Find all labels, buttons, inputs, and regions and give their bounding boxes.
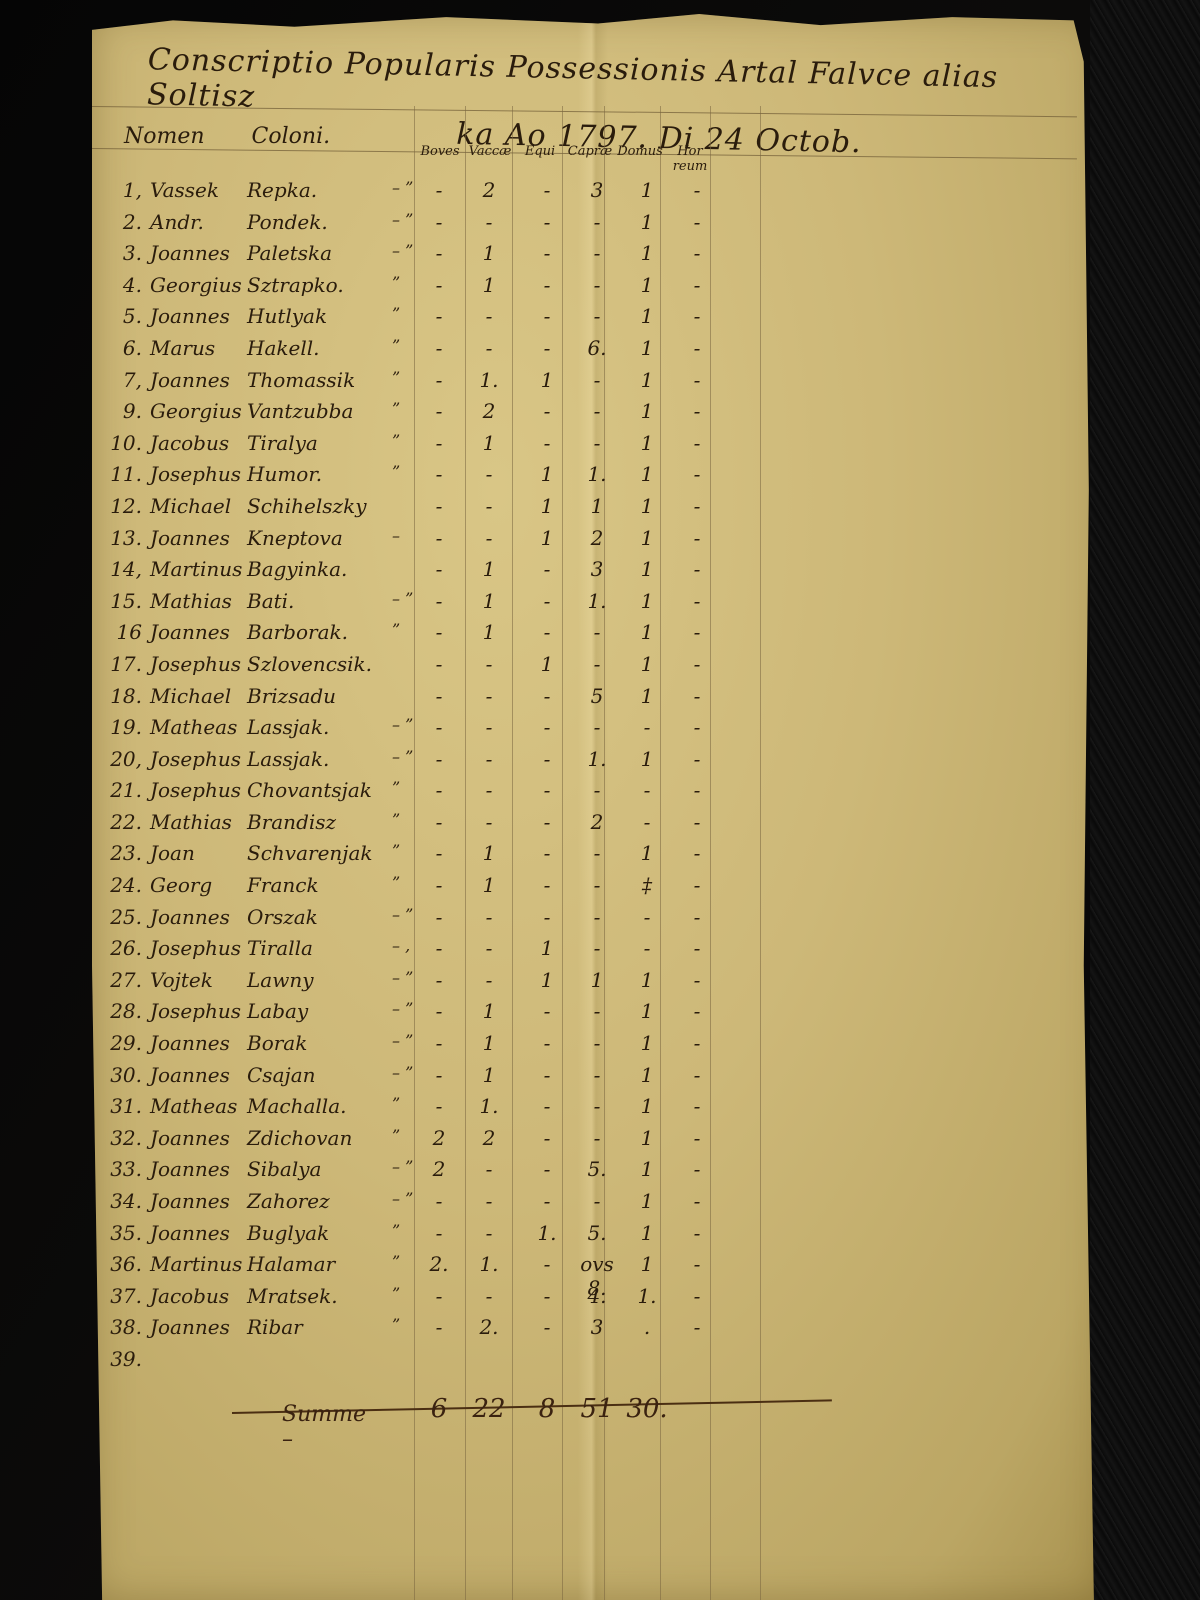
cell-vaccae: 1 bbox=[464, 620, 514, 644]
table-row: 3.JoannesPaletska– ”-1--1- bbox=[102, 241, 802, 273]
cell-boves: - bbox=[414, 1094, 464, 1118]
first-name: Joannes bbox=[150, 1221, 230, 1245]
first-name: Josephus bbox=[150, 936, 241, 960]
first-name: Matheas bbox=[150, 715, 237, 739]
cell-equi: - bbox=[522, 620, 572, 644]
cell-boves: - bbox=[414, 1284, 464, 1308]
cell-boves: - bbox=[414, 999, 464, 1023]
surname: Csajan bbox=[247, 1063, 316, 1087]
cell-boves: - bbox=[414, 684, 464, 708]
cell-equi: - bbox=[522, 747, 572, 771]
table-row: 34.JoannesZahorez– ”----1- bbox=[102, 1189, 802, 1221]
header-coloni: Coloni. bbox=[252, 124, 331, 149]
cell-vaccae: 2 bbox=[464, 399, 514, 423]
surname: Bagyinka. bbox=[247, 557, 347, 581]
surname: Schihelszky bbox=[247, 494, 367, 518]
surname: Sztrapko. bbox=[247, 273, 344, 297]
cell-boves: 2. bbox=[414, 1252, 464, 1276]
first-name: Michael bbox=[150, 494, 231, 518]
cell-caprae: - bbox=[572, 715, 622, 739]
cell-equi: - bbox=[522, 210, 572, 234]
cell-vaccae: 1 bbox=[464, 1063, 514, 1087]
cell-vaccae: - bbox=[464, 778, 514, 802]
table-row: 22.MathiasBrandisz”---2-- bbox=[102, 810, 802, 842]
title-line-1: Conscriptio Popularis Possessionis Artal… bbox=[147, 42, 999, 114]
cell-domus: 1 bbox=[622, 652, 672, 676]
surname: Halamar bbox=[247, 1252, 335, 1276]
cell-equi: - bbox=[522, 810, 572, 834]
cell-domus: 1 bbox=[622, 1157, 672, 1181]
cell-boves: - bbox=[414, 620, 464, 644]
table-row: 38.JoannesRibar”-2.-3.- bbox=[102, 1315, 802, 1347]
census-table: 1,VassekRepka.– ”-2-31-2.Andr.Pondek.– ”… bbox=[102, 178, 802, 1379]
cell-vaccae: 1 bbox=[464, 557, 514, 581]
cell-caprae: 5 bbox=[572, 684, 622, 708]
cell-vaccae: - bbox=[464, 304, 514, 328]
cell-domus: - bbox=[622, 905, 672, 929]
surname: Hutlyak bbox=[247, 304, 327, 328]
table-row: 13.JoannesKneptova–--121- bbox=[102, 526, 802, 558]
surname: Tiralla bbox=[247, 936, 313, 960]
ditto-mark: ” bbox=[392, 1315, 400, 1334]
row-number: 15. bbox=[102, 589, 142, 613]
first-name: Josephus bbox=[150, 778, 241, 802]
row-number: 25. bbox=[102, 905, 142, 929]
cell-horreum: - bbox=[672, 399, 722, 423]
row-number: 9. bbox=[102, 399, 142, 423]
cell-vaccae: - bbox=[464, 1157, 514, 1181]
ditto-mark: – ” bbox=[392, 968, 413, 987]
cell-horreum: - bbox=[672, 494, 722, 518]
first-name: Joannes bbox=[150, 241, 230, 265]
surname: Zahorez bbox=[247, 1189, 330, 1213]
cell-domus: 1 bbox=[622, 336, 672, 360]
cell-boves: - bbox=[414, 526, 464, 550]
summe-caprae: 51 bbox=[572, 1394, 622, 1424]
cell-caprae: 5. bbox=[572, 1221, 622, 1245]
cell-domus: 1 bbox=[622, 1031, 672, 1055]
cell-domus: 1 bbox=[622, 431, 672, 455]
first-name: Joannes bbox=[150, 304, 230, 328]
cell-equi: - bbox=[522, 1063, 572, 1087]
ditto-mark: – ” bbox=[392, 210, 413, 229]
cell-equi: - bbox=[522, 1157, 572, 1181]
cell-domus: 1 bbox=[622, 494, 672, 518]
cell-horreum: - bbox=[672, 1031, 722, 1055]
row-number: 30. bbox=[102, 1063, 142, 1087]
cell-boves: - bbox=[414, 178, 464, 202]
cell-horreum: - bbox=[672, 589, 722, 613]
cell-equi: 1 bbox=[522, 526, 572, 550]
cell-horreum: - bbox=[672, 210, 722, 234]
cell-horreum: - bbox=[672, 936, 722, 960]
cell-caprae: 4. bbox=[572, 1284, 622, 1308]
cell-equi: - bbox=[522, 431, 572, 455]
surname: Ribar bbox=[247, 1315, 303, 1339]
cell-caprae: 2 bbox=[572, 810, 622, 834]
first-name: Joannes bbox=[150, 620, 230, 644]
cell-horreum: - bbox=[672, 1126, 722, 1150]
cell-boves: - bbox=[414, 968, 464, 992]
cell-vaccae: 1 bbox=[464, 841, 514, 865]
cell-horreum: - bbox=[672, 905, 722, 929]
surname: Humor. bbox=[247, 462, 322, 486]
table-row: 10.JacobusTiralya”-1--1- bbox=[102, 431, 802, 463]
ditto-mark: – ” bbox=[392, 241, 413, 260]
cell-domus: 1 bbox=[622, 1094, 672, 1118]
cell-domus: 1 bbox=[622, 557, 672, 581]
summe-boves: 6 bbox=[414, 1394, 464, 1424]
cell-equi: - bbox=[522, 336, 572, 360]
cell-equi: - bbox=[522, 589, 572, 613]
first-name: Jacobus bbox=[150, 1284, 229, 1308]
cell-horreum: - bbox=[672, 1221, 722, 1245]
row-number: 22. bbox=[102, 810, 142, 834]
surname: Buglyak bbox=[247, 1221, 329, 1245]
cell-caprae: - bbox=[572, 620, 622, 644]
surname: Borak bbox=[247, 1031, 307, 1055]
cell-horreum: - bbox=[672, 1094, 722, 1118]
row-number: 39. bbox=[102, 1347, 142, 1371]
first-name: Josephus bbox=[150, 747, 241, 771]
first-name: Josephus bbox=[150, 999, 241, 1023]
cell-domus: ‡ bbox=[622, 873, 672, 897]
cell-vaccae: - bbox=[464, 526, 514, 550]
surname: Hakell. bbox=[247, 336, 319, 360]
cell-equi: 1. bbox=[522, 1221, 572, 1245]
cell-caprae: - bbox=[572, 1063, 622, 1087]
first-name: Joan bbox=[150, 841, 195, 865]
first-name: Joannes bbox=[150, 1315, 230, 1339]
cell-horreum: - bbox=[672, 1157, 722, 1181]
summe-label: Summe – bbox=[282, 1402, 366, 1452]
cell-vaccae: 1 bbox=[464, 431, 514, 455]
first-name: Joannes bbox=[150, 1189, 230, 1213]
cell-vaccae: - bbox=[464, 1284, 514, 1308]
cell-domus: 1 bbox=[622, 968, 672, 992]
surname: Pondek. bbox=[247, 210, 328, 234]
ditto-mark: – ” bbox=[392, 999, 413, 1018]
row-number: 16 bbox=[102, 620, 142, 644]
cell-vaccae: 1. bbox=[464, 368, 514, 392]
first-name: Georgius bbox=[150, 399, 242, 423]
row-number: 32. bbox=[102, 1126, 142, 1150]
cell-equi: 1 bbox=[522, 936, 572, 960]
cell-equi: - bbox=[522, 905, 572, 929]
cell-boves: 2 bbox=[414, 1157, 464, 1181]
cell-caprae: - bbox=[572, 841, 622, 865]
cell-caprae: - bbox=[572, 273, 622, 297]
table-row: 28.JosephusLabay– ”-1--1- bbox=[102, 999, 802, 1031]
surname: Thomassik bbox=[247, 368, 355, 392]
cell-boves: - bbox=[414, 873, 464, 897]
cell-vaccae: - bbox=[464, 336, 514, 360]
first-name: Joannes bbox=[150, 905, 230, 929]
table-row: 29.JoannesBorak– ”-1--1- bbox=[102, 1031, 802, 1063]
surname: Sibalya bbox=[247, 1157, 321, 1181]
cell-vaccae: - bbox=[464, 210, 514, 234]
surname: Szlovencsik. bbox=[247, 652, 372, 676]
table-row: 11.JosephusHumor.”--11.1- bbox=[102, 462, 802, 494]
ditto-mark: ” bbox=[392, 304, 400, 323]
cell-boves: - bbox=[414, 1221, 464, 1245]
cell-horreum: - bbox=[672, 968, 722, 992]
cell-caprae: - bbox=[572, 1031, 622, 1055]
ditto-mark: ” bbox=[392, 462, 400, 481]
ditto-mark: – ” bbox=[392, 1031, 413, 1050]
cell-caprae: 3 bbox=[572, 557, 622, 581]
cell-boves: - bbox=[414, 905, 464, 929]
cell-domus: 1 bbox=[622, 399, 672, 423]
cell-caprae: - bbox=[572, 1126, 622, 1150]
surname: Mratsek. bbox=[247, 1284, 338, 1308]
ditto-mark: ” bbox=[392, 399, 400, 418]
table-row: 14,MartinusBagyinka.-1-31- bbox=[102, 557, 802, 589]
cell-vaccae: 2 bbox=[464, 1126, 514, 1150]
cell-vaccae: 1. bbox=[464, 1094, 514, 1118]
cell-horreum: - bbox=[672, 1315, 722, 1339]
cell-boves: - bbox=[414, 241, 464, 265]
row-number: 24. bbox=[102, 873, 142, 897]
ditto-mark: ” bbox=[392, 778, 400, 797]
cell-horreum: - bbox=[672, 1284, 722, 1308]
cell-vaccae: 2. bbox=[464, 1315, 514, 1339]
surname: Lawny bbox=[247, 968, 314, 992]
cell-equi: - bbox=[522, 873, 572, 897]
first-name: Mathias bbox=[150, 810, 232, 834]
cell-horreum: - bbox=[672, 368, 722, 392]
table-row: 12.MichaelSchihelszky--111- bbox=[102, 494, 802, 526]
cell-vaccae: 1 bbox=[464, 273, 514, 297]
row-number: 1, bbox=[102, 178, 142, 202]
cell-vaccae: 1 bbox=[464, 999, 514, 1023]
table-row: 27.VojtekLawny– ”--111- bbox=[102, 968, 802, 1000]
first-name: Joannes bbox=[150, 1126, 230, 1150]
cell-horreum: - bbox=[672, 999, 722, 1023]
row-number: 26. bbox=[102, 936, 142, 960]
cell-boves: - bbox=[414, 778, 464, 802]
table-row: 16JoannesBarborak.”-1--1- bbox=[102, 620, 802, 652]
first-name: Michael bbox=[150, 684, 231, 708]
cell-domus: - bbox=[622, 936, 672, 960]
first-name: Josephus bbox=[150, 462, 241, 486]
table-row: 31.MatheasMachalla.”-1.--1- bbox=[102, 1094, 802, 1126]
first-name: Joannes bbox=[150, 1031, 230, 1055]
row-number: 28. bbox=[102, 999, 142, 1023]
cell-horreum: - bbox=[672, 684, 722, 708]
row-number: 21. bbox=[102, 778, 142, 802]
first-name: Vassek bbox=[150, 178, 219, 202]
ditto-mark: ” bbox=[392, 368, 400, 387]
ditto-mark: – ” bbox=[392, 1189, 413, 1208]
cell-boves: - bbox=[414, 1063, 464, 1087]
first-name: Marus bbox=[150, 336, 215, 360]
cell-horreum: - bbox=[672, 304, 722, 328]
cell-horreum: - bbox=[672, 431, 722, 455]
cell-horreum: - bbox=[672, 241, 722, 265]
surname: Schvarenjak bbox=[247, 841, 373, 865]
cell-horreum: - bbox=[672, 462, 722, 486]
first-name: Matheas bbox=[150, 1094, 237, 1118]
cell-horreum: - bbox=[672, 873, 722, 897]
table-row: 36.MartinusHalamar”2.1.-ovs 8.1- bbox=[102, 1252, 802, 1284]
cell-boves: - bbox=[414, 399, 464, 423]
table-row: 30.JoannesCsajan– ”-1--1- bbox=[102, 1063, 802, 1095]
first-name: Joannes bbox=[150, 526, 230, 550]
surname: Tiralya bbox=[247, 431, 318, 455]
cell-equi: - bbox=[522, 1094, 572, 1118]
ditto-mark: – ” bbox=[392, 715, 413, 734]
cell-horreum: - bbox=[672, 620, 722, 644]
table-row: 19.MatheasLassjak.– ”------ bbox=[102, 715, 802, 747]
cell-boves: - bbox=[414, 273, 464, 297]
ditto-mark: – bbox=[392, 526, 400, 545]
surname: Lassjak. bbox=[247, 715, 329, 739]
cell-equi: - bbox=[522, 715, 572, 739]
cell-horreum: - bbox=[672, 557, 722, 581]
cell-domus: - bbox=[622, 778, 672, 802]
cell-equi: - bbox=[522, 399, 572, 423]
cell-equi: - bbox=[522, 273, 572, 297]
cell-caprae: 1 bbox=[572, 494, 622, 518]
ditto-mark: ” bbox=[392, 810, 400, 829]
table-row: 6.MarusHakell.”---6.1- bbox=[102, 336, 802, 368]
cell-boves: 2 bbox=[414, 1126, 464, 1150]
cell-vaccae: - bbox=[464, 1189, 514, 1213]
row-number: 7, bbox=[102, 368, 142, 392]
ditto-mark: ” bbox=[392, 873, 400, 892]
cell-equi: 1 bbox=[522, 968, 572, 992]
ditto-mark: ” bbox=[392, 1094, 400, 1113]
summe-equi: 8 bbox=[522, 1394, 572, 1424]
row-number: 38. bbox=[102, 1315, 142, 1339]
first-name: Georgius bbox=[150, 273, 242, 297]
table-row: 20,JosephusLassjak.– ”---1.1- bbox=[102, 747, 802, 779]
cell-domus: 1 bbox=[622, 589, 672, 613]
cell-domus: 1 bbox=[622, 1189, 672, 1213]
cell-horreum: - bbox=[672, 178, 722, 202]
cell-boves: - bbox=[414, 462, 464, 486]
cell-equi: - bbox=[522, 1126, 572, 1150]
cell-domus: 1 bbox=[622, 747, 672, 771]
cell-domus: 1 bbox=[622, 178, 672, 202]
table-row: 25.JoannesOrszak– ”------ bbox=[102, 905, 802, 937]
row-number: 34. bbox=[102, 1189, 142, 1213]
cell-caprae: - bbox=[572, 399, 622, 423]
cell-domus: 1 bbox=[622, 1252, 672, 1276]
row-number: 36. bbox=[102, 1252, 142, 1276]
row-number: 29. bbox=[102, 1031, 142, 1055]
row-number: 37. bbox=[102, 1284, 142, 1308]
surname: Orszak bbox=[247, 905, 318, 929]
cell-caprae: - bbox=[572, 1094, 622, 1118]
surname: Machalla. bbox=[247, 1094, 346, 1118]
cell-equi: - bbox=[522, 178, 572, 202]
cell-boves: - bbox=[414, 715, 464, 739]
cell-caprae: 2 bbox=[572, 526, 622, 550]
cell-equi: 1 bbox=[522, 494, 572, 518]
surname: Zdichovan bbox=[247, 1126, 352, 1150]
table-row: 37.JacobusMratsek.”---4.1.- bbox=[102, 1284, 802, 1316]
row-number: 20, bbox=[102, 747, 142, 771]
cell-boves: - bbox=[414, 810, 464, 834]
cell-vaccae: - bbox=[464, 715, 514, 739]
row-number: 19. bbox=[102, 715, 142, 739]
cell-horreum: - bbox=[672, 1063, 722, 1087]
cell-equi: - bbox=[522, 778, 572, 802]
cell-equi: 1 bbox=[522, 462, 572, 486]
cell-caprae: - bbox=[572, 431, 622, 455]
table-row: 9.GeorgiusVantzubba”-2--1- bbox=[102, 399, 802, 431]
table-row: 15.MathiasBati.– ”-1-1.1- bbox=[102, 589, 802, 621]
row-number: 14, bbox=[102, 557, 142, 581]
cell-domus: 1 bbox=[622, 999, 672, 1023]
ditto-mark: ” bbox=[392, 273, 400, 292]
cell-equi: - bbox=[522, 1315, 572, 1339]
ditto-mark: ” bbox=[392, 1284, 400, 1303]
surname: Barborak. bbox=[247, 620, 348, 644]
first-name: Mathias bbox=[150, 589, 232, 613]
row-number: 4. bbox=[102, 273, 142, 297]
cell-vaccae: 1 bbox=[464, 873, 514, 897]
cell-boves: - bbox=[414, 557, 464, 581]
cell-caprae: - bbox=[572, 905, 622, 929]
row-number: 3. bbox=[102, 241, 142, 265]
cell-boves: - bbox=[414, 494, 464, 518]
ditto-mark: ” bbox=[392, 1221, 400, 1240]
cell-horreum: - bbox=[672, 810, 722, 834]
summe-vaccae: 22 bbox=[464, 1394, 514, 1424]
cell-domus: 1 bbox=[622, 462, 672, 486]
cell-domus: 1 bbox=[622, 304, 672, 328]
cell-domus: 1 bbox=[622, 241, 672, 265]
surname: Vantzubba bbox=[247, 399, 353, 423]
surname: Bati. bbox=[247, 589, 294, 613]
row-number: 13. bbox=[102, 526, 142, 550]
row-number: 12. bbox=[102, 494, 142, 518]
cell-vaccae: 1. bbox=[464, 1252, 514, 1276]
ditto-mark: ” bbox=[392, 431, 400, 450]
cell-equi: - bbox=[522, 1031, 572, 1055]
surname: Lassjak. bbox=[247, 747, 329, 771]
cell-vaccae: - bbox=[464, 747, 514, 771]
cell-equi: - bbox=[522, 304, 572, 328]
cell-vaccae: - bbox=[464, 968, 514, 992]
ditto-mark: ” bbox=[392, 841, 400, 860]
ditto-mark: ” bbox=[392, 1252, 400, 1271]
row-number: 5. bbox=[102, 304, 142, 328]
first-name: Jacobus bbox=[150, 431, 229, 455]
row-number: 31. bbox=[102, 1094, 142, 1118]
cell-domus: 1 bbox=[622, 1063, 672, 1087]
table-row: 35.JoannesBuglyak”--1.5.1- bbox=[102, 1221, 802, 1253]
cell-horreum: - bbox=[672, 747, 722, 771]
cell-domus: 1 bbox=[622, 841, 672, 865]
surname: Paletska bbox=[247, 241, 332, 265]
row-number: 6. bbox=[102, 336, 142, 360]
header-nomen: Nomen bbox=[124, 124, 205, 149]
cell-domus: 1. bbox=[622, 1284, 672, 1308]
surname: Brandisz bbox=[247, 810, 336, 834]
cell-equi: - bbox=[522, 1252, 572, 1276]
table-row: 17.JosephusSzlovencsik.--1-1- bbox=[102, 652, 802, 684]
table-row: 4.GeorgiusSztrapko.”-1--1- bbox=[102, 273, 802, 305]
ditto-mark: ” bbox=[392, 620, 400, 639]
surname: Brizsadu bbox=[247, 684, 336, 708]
cell-horreum: - bbox=[672, 841, 722, 865]
row-number: 27. bbox=[102, 968, 142, 992]
cell-equi: - bbox=[522, 1189, 572, 1213]
